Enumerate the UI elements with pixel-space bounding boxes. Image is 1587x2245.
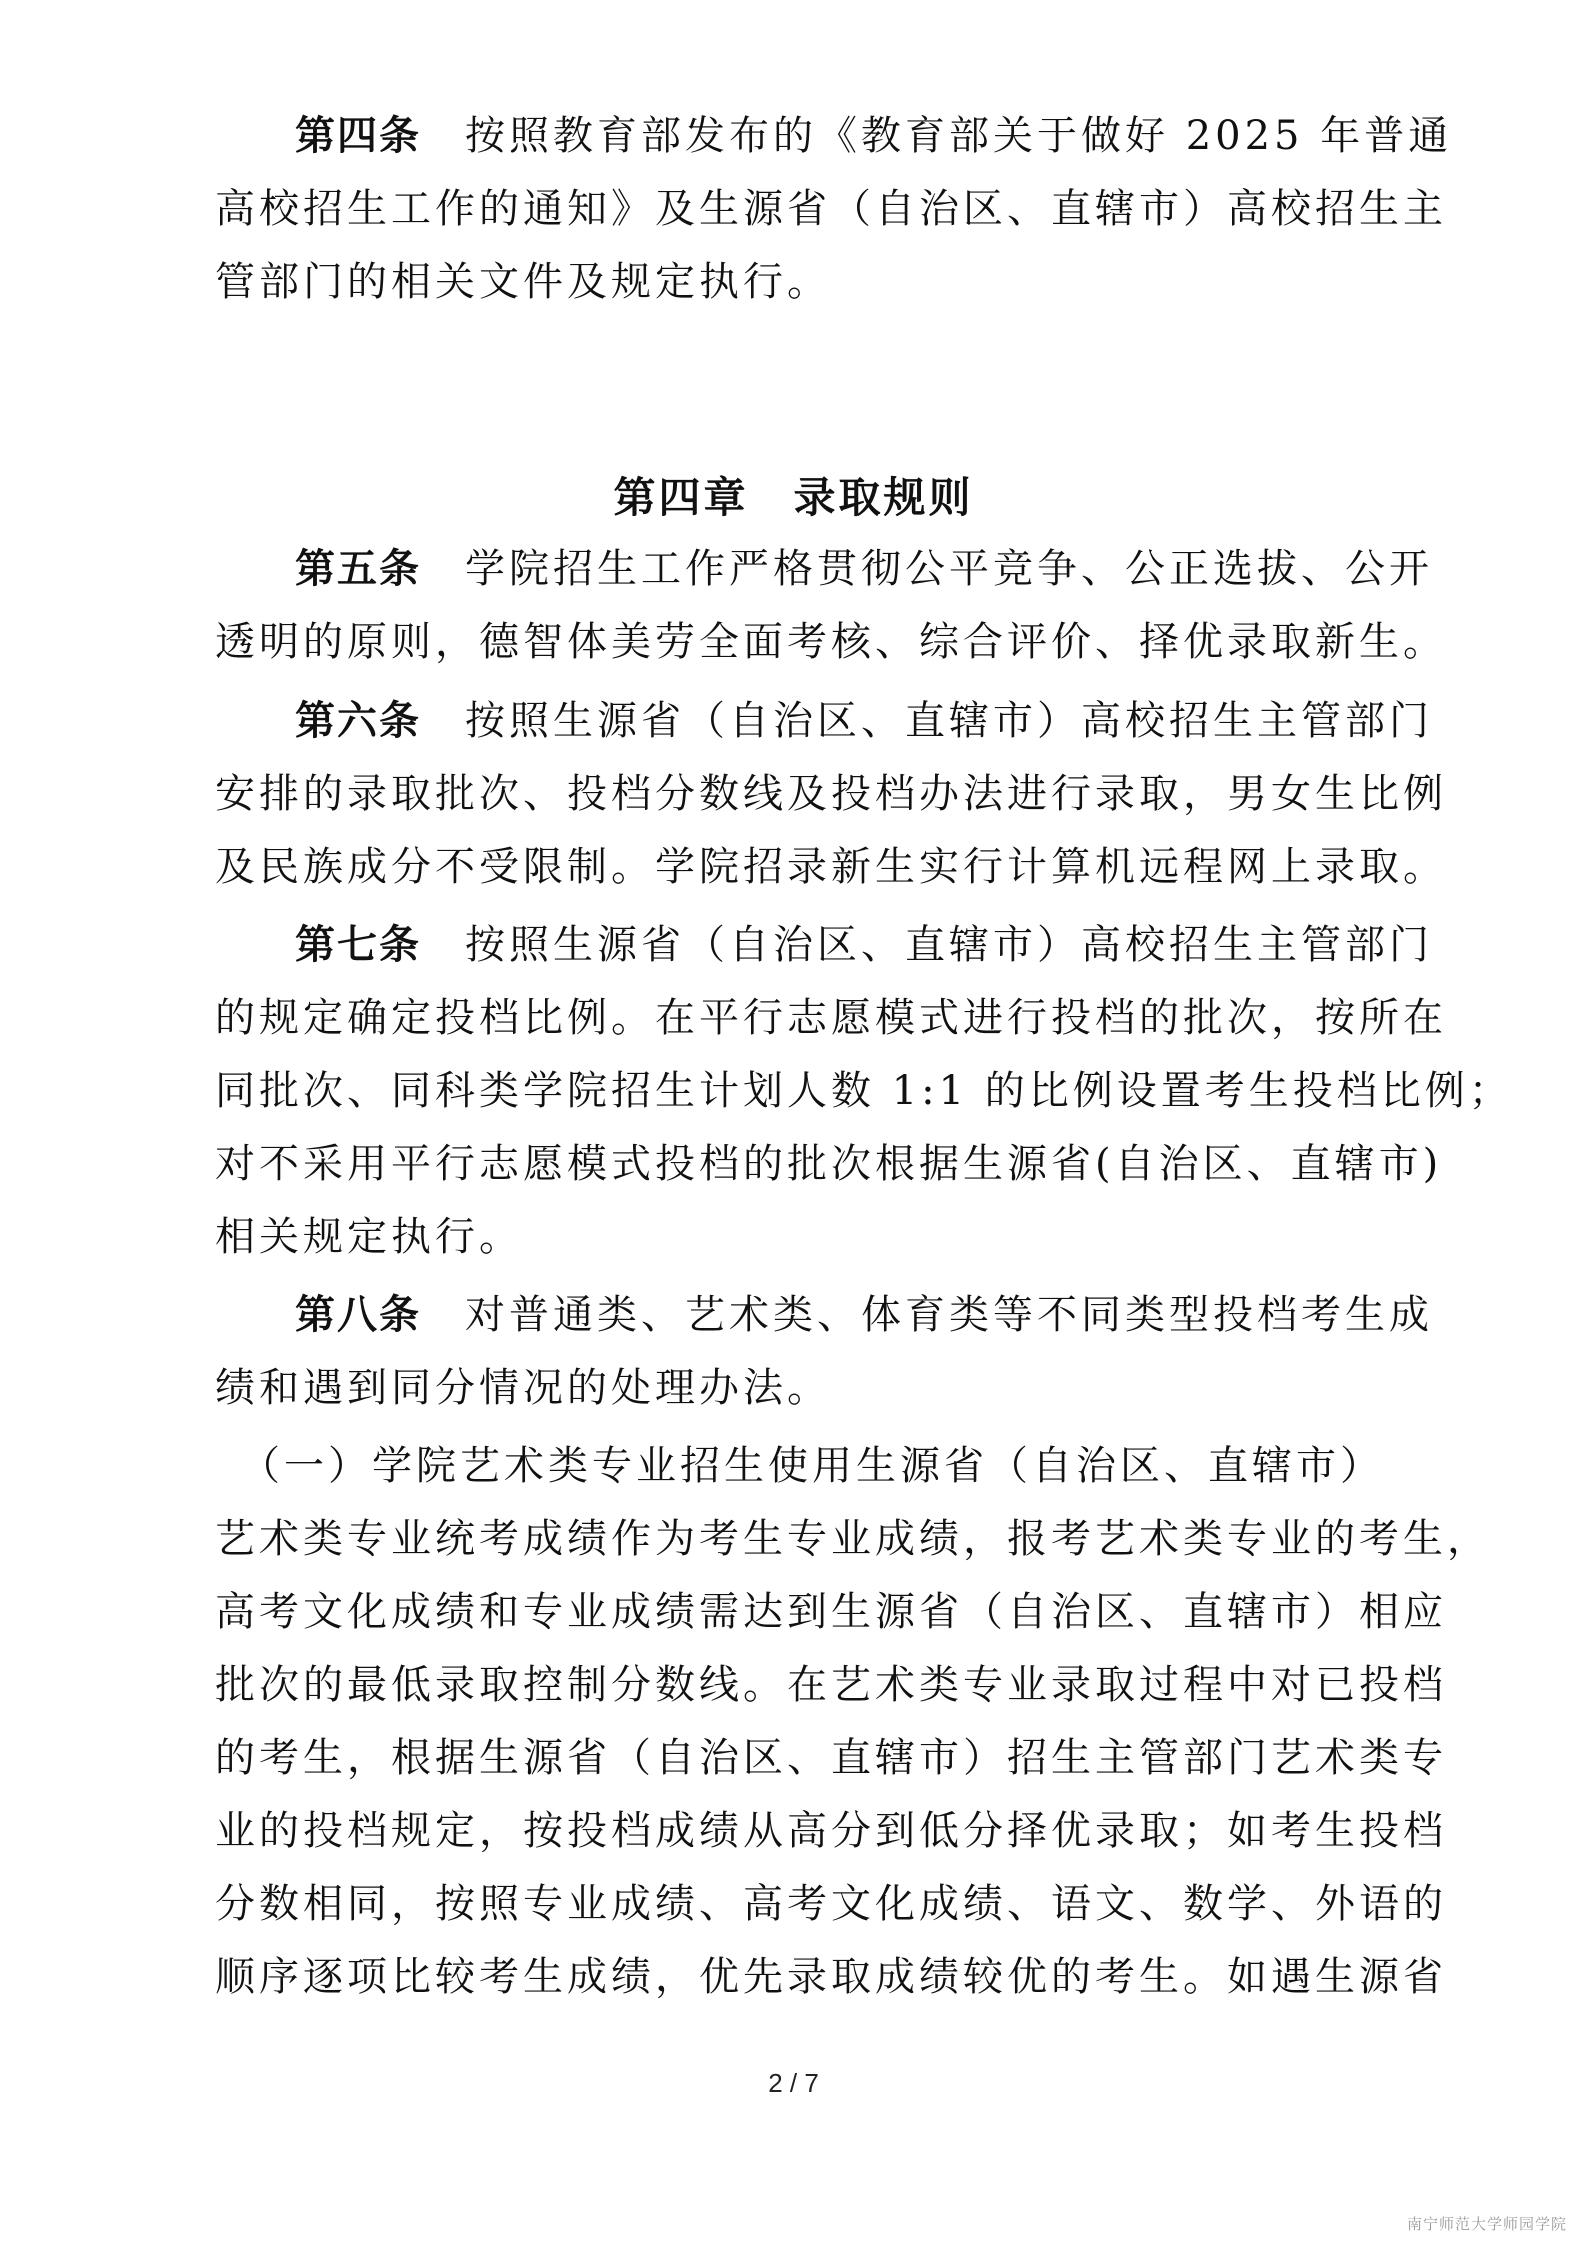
clause-1-line-2: 艺术类专业统考成绩作为考生专业成绩，报考艺术类专业的考生， [215,1515,1385,1563]
article-7-label: 第七条 [295,922,421,968]
clause-1-line-8: 顺序逐项比较考生成绩，优先录取成绩较优的考生。如遇生源省 [215,1953,1385,2001]
article-8-label: 第八条 [295,1292,421,1338]
article-8-line-1: 第八条对普通类、艺术类、体育类等不同类型投档考生成 [295,1291,1385,1339]
article-7-line-2: 的规定确定投档比例。在平行志愿模式进行投档的批次，按所在 [215,994,1385,1042]
clause-1-line-3: 高考文化成绩和专业成绩需达到生源省（自治区、直辖市）相应 [215,1588,1385,1636]
article-6-line-2: 安排的录取批次、投档分数线及投档办法进行录取，男女生比例 [215,770,1385,818]
article-4-line-2: 高校招生工作的通知》及生源省（自治区、直辖市）高校招生主 [215,185,1385,233]
article-7-line-1: 第七条按照生源省（自治区、直辖市）高校招生主管部门 [295,921,1385,969]
clause-1-line-6: 业的投档规定，按投档成绩从高分到低分择优录取；如考生投档 [215,1807,1385,1855]
article-5-line-2: 透明的原则，德智体美劳全面考核、综合评价、择优录取新生。 [215,618,1385,666]
article-7-text: 按照生源省（自治区、直辖市）高校招生主管部门 [465,922,1433,968]
watermark: 南宁师范大学师园学院 [1407,2213,1567,2234]
article-6-text: 按照生源省（自治区、直辖市）高校招生主管部门 [465,698,1433,744]
article-7-line-5: 相关规定执行。 [215,1213,1385,1261]
article-6-label: 第六条 [295,698,421,744]
chapter-heading: 第四章 录取规则 [0,473,1587,523]
page-number: 2 / 7 [0,2068,1587,2099]
article-4-label: 第四条 [295,113,421,159]
article-4-text: 按照教育部发布的《教育部关于做好 2025 年普通 [465,113,1452,159]
article-5-text: 学院招生工作严格贯彻公平竞争、公正选拔、公开 [465,546,1433,592]
article-4-line-1: 第四条按照教育部发布的《教育部关于做好 2025 年普通 [295,112,1385,160]
article-5-line-1: 第五条学院招生工作严格贯彻公平竞争、公正选拔、公开 [295,545,1385,593]
article-8-text: 对普通类、艺术类、体育类等不同类型投档考生成 [465,1292,1433,1338]
article-4-line-3: 管部门的相关文件及规定执行。 [215,258,1385,306]
clause-1-line-7: 分数相同，按照专业成绩、高考文化成绩、语文、数学、外语的 [215,1880,1385,1928]
clause-1-line-4: 批次的最低录取控制分数线。在艺术类专业录取过程中对已投档 [215,1661,1385,1709]
article-8-line-2: 绩和遇到同分情况的处理办法。 [215,1364,1385,1412]
clause-1-line-5: 的考生，根据生源省（自治区、直辖市）招生主管部门艺术类专 [215,1734,1385,1782]
document-page: 第四条按照教育部发布的《教育部关于做好 2025 年普通 高校招生工作的通知》及… [0,0,1587,2245]
article-7-line-3: 同批次、同科类学院招生计划人数 1:1 的比例设置考生投档比例； [215,1067,1385,1115]
article-6-line-1: 第六条按照生源省（自治区、直辖市）高校招生主管部门 [295,697,1385,745]
article-5-label: 第五条 [295,546,421,592]
clause-1-line-1: （一）学院艺术类专业招生使用生源省（自治区、直辖市） [240,1442,1385,1490]
article-6-line-3: 及民族成分不受限制。学院招录新生实行计算机远程网上录取。 [215,843,1385,891]
article-7-line-4: 对不采用平行志愿模式投档的批次根据生源省(自治区、直辖市) [215,1140,1385,1188]
